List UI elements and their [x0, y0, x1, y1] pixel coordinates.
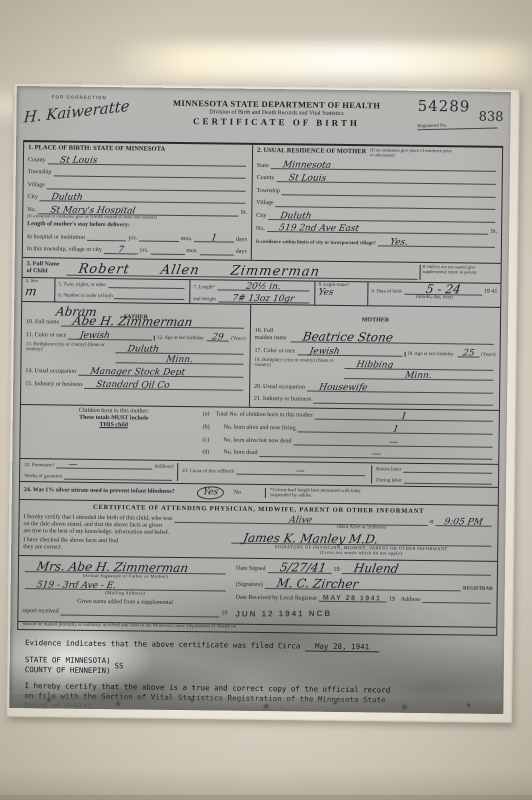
right-scrawl-field: Hulend — [341, 562, 491, 576]
received-field: MAY 28 1941 — [319, 593, 387, 603]
header-numbers: 54289 838 Registered No. — [417, 95, 504, 144]
length-label: 7. Length* — [193, 285, 215, 290]
total-b-label: (b) — [203, 424, 210, 431]
filed-line: Evidence indicates that the above certif… — [25, 639, 489, 655]
cause-mark: — — [295, 467, 306, 477]
registrar-signature-value: M. C. Zircher — [276, 576, 360, 591]
res-city-field: Duluth — [268, 211, 495, 223]
township-field — [53, 168, 245, 179]
total-c-value: — — [388, 437, 399, 447]
residence-of-mother-section: 2. USUAL RESIDENCE OF MOTHER (If an inst… — [252, 145, 503, 263]
county-line: COUNTY OF HENNEPIN) — [25, 665, 111, 676]
labor-cell: Before labor During labor — [371, 465, 494, 484]
right-scrawl-value: Hulend — [352, 561, 399, 576]
res-township-field — [282, 186, 496, 198]
weight-field: 7# 13oz 10gr — [218, 294, 309, 303]
res-village-label: Village — [256, 200, 273, 207]
totals-section: Children born to this mother: These tota… — [20, 405, 499, 465]
physician-certificate: CERTIFICATE OF ATTENDING PHYSICIAN, MIDW… — [19, 500, 498, 562]
twin-label: 5. Twin, triplet, or other — [58, 282, 106, 288]
dob-field: 5 - 24 — [404, 285, 482, 296]
during-labor-label: During labor — [376, 478, 402, 483]
mother-birthplace-label: 19. Birthplace (city or county) (State o… — [254, 358, 342, 369]
stay1-days-value: 1 — [210, 234, 217, 244]
father-birthplace-value: Duluth — [127, 345, 160, 355]
sex-cell: 4. Sex m — [22, 278, 55, 301]
street-suffix: St. — [241, 210, 248, 217]
child-name-value: Robert Allen Zimmerman — [77, 262, 321, 280]
total-a-text: Total No. of children born to this mothe… — [215, 412, 313, 420]
stay2-yrs-value: 7 — [117, 245, 124, 255]
res-village-field — [276, 198, 496, 210]
gestation-field — [64, 472, 172, 480]
state-line: STATE OF MINNESOTA) — [25, 655, 111, 666]
premature-field: — — [56, 462, 152, 470]
address-field — [423, 594, 491, 604]
res-county-value: St Louis — [287, 173, 326, 183]
father-birthplace2-value: Minn. — [165, 355, 193, 365]
mother-section: MOTHER 16. Full maiden nameBeatrice Ston… — [250, 304, 500, 410]
address-label: Address — [401, 596, 421, 603]
before-labor-label: Before labor — [376, 467, 401, 472]
state-field: Minnesota — [271, 161, 496, 173]
premature-mark: — — [68, 460, 79, 470]
township-label: Township — [28, 169, 52, 176]
certificate-title: CERTIFICATE OF BIRTH — [135, 115, 417, 128]
registrar-block: Date Signed5/27/4119Hulend (Signature)M.… — [227, 561, 493, 624]
at-label: at — [429, 519, 433, 526]
father-age-value: 29 — [212, 332, 225, 342]
file-number: 54289 — [418, 97, 471, 116]
stay1-days-field: 1 — [194, 234, 234, 243]
registrar-label: REGISTRAR — [463, 586, 493, 591]
father-race-label: 11. Color or race — [26, 332, 67, 339]
total-b-value: 1 — [391, 425, 398, 435]
place-of-birth-section: 1. PLACE OF BIRTH: STATE OF MINNESOTA Co… — [23, 142, 253, 260]
hospital-field: St Mary's Hospital — [38, 205, 239, 216]
mother-industry-field — [313, 395, 493, 406]
limits-value: Yes. — [389, 238, 409, 248]
before-labor-field — [403, 466, 492, 474]
stay2-days-field — [200, 246, 234, 255]
days-label2: days — [236, 249, 247, 256]
res-street-suffix: St. — [491, 228, 498, 235]
father-race-value: Jewish — [79, 331, 111, 341]
mother-occupation-label: 20. Usual occupation — [254, 384, 305, 392]
handwritten-annotation-signature: H. Kaiweratte — [23, 97, 130, 127]
mailing-value: 519 - 3rd Ave - E. — [36, 581, 117, 592]
mother-industry-label: 21. Industry or business — [254, 396, 311, 404]
total-c-text: No. born alive but now dead — [223, 437, 291, 445]
stay2-yrs-field: 7 — [104, 245, 138, 254]
premature-label: 22. Premature? — [24, 463, 54, 468]
residence-title: 2. USUAL RESIDENCE OF MOTHER — [257, 147, 366, 155]
certificate-form: 1. PLACE OF BIRTH: STATE OF MINNESOTA Co… — [17, 140, 503, 636]
residence-note: (If an institution give place of residen… — [370, 148, 454, 159]
legitimate-cell: 8. Legiti-mate? Yes — [315, 282, 368, 305]
father-industry-label: 15. Industry or business — [25, 381, 82, 389]
res-address-field: 519 2nd Ave East — [267, 223, 489, 235]
father-industry-field: Standard Oil Co — [85, 379, 244, 390]
received-stamp: MAY 28 1941 — [323, 595, 382, 603]
received-label: Date Received by Local Registrar — [236, 594, 317, 602]
frame-mat-opening: FOR CORRECTION H. Kaiweratte MINNESOTA S… — [6, 83, 520, 723]
signatures-section: Mrs. Abe H. Zimmerman (Actual Signature … — [18, 556, 497, 627]
dob-label: 9. Date of birth — [371, 289, 402, 294]
father-age-label: 12. Age at last birthday — [154, 335, 205, 341]
date-signed-year: 19 — [333, 567, 339, 574]
county-value: St Louis — [59, 155, 98, 165]
mother-heading: MOTHER — [362, 317, 389, 323]
physician-signature-field: James K. Manley M.D. — [231, 529, 491, 546]
totals-lines: (a)Total No. of children born to this mo… — [202, 410, 495, 460]
signature-label: (Signature) — [236, 582, 263, 589]
mother-birthplace-field: Hibbing — [344, 360, 493, 371]
state-value: Minnesota — [282, 161, 332, 172]
stay1-label: In hospital or institution — [27, 234, 85, 242]
parent-signature-value: Mrs. Abe H. Zimmerman — [36, 560, 190, 576]
mos-label2: mos. — [186, 248, 198, 255]
res-city-value: Duluth — [280, 211, 313, 221]
father-birthplace-field: Duluth — [116, 345, 244, 356]
twin-order-cell: 5. Twin, triplet, or other 6. Number in … — [55, 278, 190, 302]
date-signed-field: 5/27/41 — [267, 561, 331, 574]
length-value: 20½ in. — [245, 282, 281, 292]
sex-value: m — [24, 284, 52, 298]
totals-intro: Children born to this mother: These tota… — [24, 407, 203, 456]
mother-name-label: 16. Full maiden name — [255, 328, 289, 342]
res-township-label: Township — [256, 188, 280, 195]
father-name-label: 10. Full name — [26, 319, 59, 326]
filed-date: May 28, 1941 — [305, 642, 379, 653]
mother-birthplace-value: Hibbing — [355, 360, 393, 370]
hospital-value: St Mary's Hospital — [49, 205, 136, 216]
mother-race-value: Jewish — [308, 346, 340, 356]
total-b-field: 1 — [298, 423, 493, 434]
filed-text: Evidence indicates that the above certif… — [25, 639, 301, 651]
father-age-field: 29 — [207, 332, 229, 341]
state-county-block: STATE OF MINNESOTA) COUNTY OF HENNEPIN) … — [25, 655, 489, 681]
father-industry-value: Standard Oil Co — [96, 380, 171, 391]
city-label: City — [27, 195, 37, 202]
child-name-field: Robert Allen Zimmerman — [67, 261, 418, 280]
res-address-value: 519 2nd Ave East — [278, 224, 359, 235]
stay1-mos-field — [139, 233, 179, 242]
total-d-field: — — [260, 448, 493, 460]
father-occupation-field: Manager Stock Dept — [78, 367, 243, 378]
header-annotations: FOR CORRECTION H. Kaiweratte — [23, 90, 136, 135]
dob-cell: 9. Date of birth5 - 2419 41 (Month, day,… — [368, 282, 500, 306]
mother-race-label: 17. Color or race — [254, 348, 295, 355]
supplemental-field — [61, 607, 220, 618]
twin-field — [108, 281, 184, 289]
total-d-text: No. born dead — [223, 450, 257, 457]
mos-label: mos. — [181, 235, 193, 242]
yrs-label2: yrs. — [140, 248, 149, 255]
mother-occupation-value: Housewife — [318, 382, 368, 393]
nitrate-yes: Yes — [195, 486, 224, 499]
mother-birthplace2-field: Minn. — [344, 370, 493, 381]
gestation-label: Weeks of gestation — [24, 474, 62, 479]
parents-section: Abram FATHER 10. Full nameAbe H. Zimmerm… — [21, 302, 500, 412]
child-name-note: If child is not yet named give supplemen… — [420, 265, 497, 281]
res-no-label: No. — [256, 225, 265, 232]
mother-age-field: 25 — [457, 348, 479, 357]
child-name-label: 3. Full Name of Child — [27, 261, 65, 275]
mat-bottom-edge — [0, 795, 532, 800]
mother-age-label: 18. Age at last birthday — [404, 351, 455, 357]
parent-signature-field: Mrs. Abe H. Zimmerman — [25, 558, 226, 574]
date-signed-value: 5/27/41 — [278, 560, 327, 575]
physician-signature-value: James K. Manley M.D. — [242, 530, 379, 546]
light-reflection — [110, 44, 532, 78]
city-value: Duluth — [51, 193, 84, 203]
time-value: 9:05 PM — [444, 517, 484, 527]
total-a-value: 1 — [400, 412, 407, 422]
limits-field: Yes. — [378, 237, 495, 247]
date-signed-label: Date Signed — [236, 566, 266, 573]
registrar-signature-field: M. C. Zircher — [265, 577, 461, 591]
cause-cell: 23. Cause of this stillbirth— — [178, 463, 371, 483]
stay2-mos-field — [150, 246, 184, 255]
city-field: Duluth — [40, 193, 246, 205]
father-section: Abram FATHER 10. Full nameAbe H. Zimmerm… — [21, 302, 251, 408]
mother-occupation-field: Housewife — [307, 382, 493, 393]
total-b-text: No. born alive and now living — [224, 425, 296, 433]
ss-label: SS — [115, 661, 124, 671]
total-a-label: (a) — [203, 412, 210, 419]
total-d-value: — — [371, 449, 382, 459]
filing-date-stamp: JUN 12 1941 NCB — [235, 609, 332, 619]
nitrate-question: 24. Was 1% silver nitrate used to preven… — [24, 487, 175, 496]
birth-certificate-photocopy: FOR CORRECTION H. Kaiweratte MINNESOTA S… — [9, 86, 511, 714]
place-and-residence: 1. PLACE OF BIRTH: STATE OF MINNESOTA Co… — [23, 142, 502, 264]
cause-field: — — [236, 468, 365, 477]
limits-label: Is residence within limits of city or in… — [256, 240, 376, 246]
res-city-label: City — [256, 213, 266, 220]
length-weight-cell: 7. Length*20½ in. and Weight7# 13oz 10gr — [190, 280, 315, 304]
nitrate-no: No — [234, 489, 241, 496]
stay2-label: In this township, village or city — [27, 246, 102, 254]
alive-value: Alive — [289, 515, 313, 525]
county-label: County — [28, 157, 46, 164]
total-c-label: (c) — [202, 437, 209, 444]
father-occupation-value: Manager Stock Dept — [89, 367, 185, 378]
order-label: 6. Number in order of birth — [58, 293, 112, 299]
premature-cell: 22. Premature?—Stillborn? Weeks of gesta… — [24, 461, 178, 480]
crown-heel-footnote: *Crown-heel length best measured with ba… — [265, 488, 494, 501]
father-birthplace2-field: Minn. — [115, 355, 243, 366]
weight-label: and Weight — [193, 297, 216, 302]
certificate-header: FOR CORRECTION H. Kaiweratte MINNESOTA S… — [23, 90, 504, 144]
parent-signature-block: Mrs. Abe H. Zimmerman (Actual Signature … — [22, 558, 228, 621]
header-titles: MINNESOTA STATE DEPARTMENT OF HEALTH Div… — [135, 91, 417, 128]
village-field — [47, 180, 246, 191]
village-label: Village — [28, 182, 45, 189]
res-county-label: County — [257, 175, 275, 182]
stillborn-label: Stillborn? — [154, 465, 174, 470]
mother-age-unit: (Years) — [481, 352, 496, 357]
mother-name-value: Beatrice Stone — [301, 329, 394, 344]
stay-heading: Length of mother's stay before delivery: — [27, 221, 247, 231]
legitimate-value: Yes — [317, 288, 365, 299]
received-year: 19 — [389, 596, 395, 603]
father-name-field: Abe H. Zimmerman — [61, 318, 244, 329]
dob-year: 19 41 — [484, 289, 498, 296]
mother-age-value: 25 — [462, 348, 475, 358]
res-county-field: St Louis — [276, 173, 496, 185]
total-d-label: (d) — [202, 449, 209, 456]
cause-label: 23. Cause of this stillbirth — [182, 469, 234, 475]
mother-race-field: Jewish — [297, 346, 402, 356]
state-label: State — [257, 162, 269, 169]
father-birthplace-label: 13. Birthplace (city or county) (State o… — [26, 342, 114, 353]
order-field — [115, 292, 185, 300]
father-age-unit: (Years) — [231, 336, 246, 341]
dob-value: 5 - 24 — [424, 282, 461, 296]
totals-this-child: THIS child — [25, 421, 203, 430]
father-race-field: Jewish — [68, 330, 152, 340]
father-annotation: Abram — [55, 304, 98, 318]
days-label: days — [236, 236, 247, 243]
place-of-birth-title: 1. PLACE OF BIRTH: STATE OF MINNESOTA — [28, 144, 248, 154]
yrs-label: yrs. — [128, 235, 137, 242]
weight-value: 7# 13oz 10gr — [232, 293, 296, 304]
length-field: 20½ in. — [217, 282, 309, 291]
stay1-yrs-field — [87, 232, 127, 241]
total-a-field: 1 — [315, 411, 493, 422]
physician-left-text: on the date above stated, and that the a… — [23, 521, 223, 554]
time-field: 9:05 PM — [436, 517, 492, 527]
physician-signature-block: (Born Alive or Stillborn) James K. Manle… — [223, 523, 493, 557]
county-field: St Louis — [48, 155, 246, 166]
mailing-field: 519 - 3rd Ave - E. — [25, 577, 226, 591]
checked-line-2: they are correct. — [23, 544, 223, 553]
supplemental-line-2: report received — [22, 608, 58, 615]
mother-name-field: Beatrice Stone — [291, 333, 494, 344]
during-labor-field — [404, 476, 492, 484]
father-occupation-label: 14. Usual occupation — [25, 368, 76, 376]
mother-birthplace2-value: Minn. — [405, 371, 433, 381]
registered-no-label: Registered No. — [417, 122, 497, 130]
physician-certify-3: are true to the best of my knowledge, in… — [23, 528, 223, 537]
total-c-field: — — [293, 436, 492, 447]
